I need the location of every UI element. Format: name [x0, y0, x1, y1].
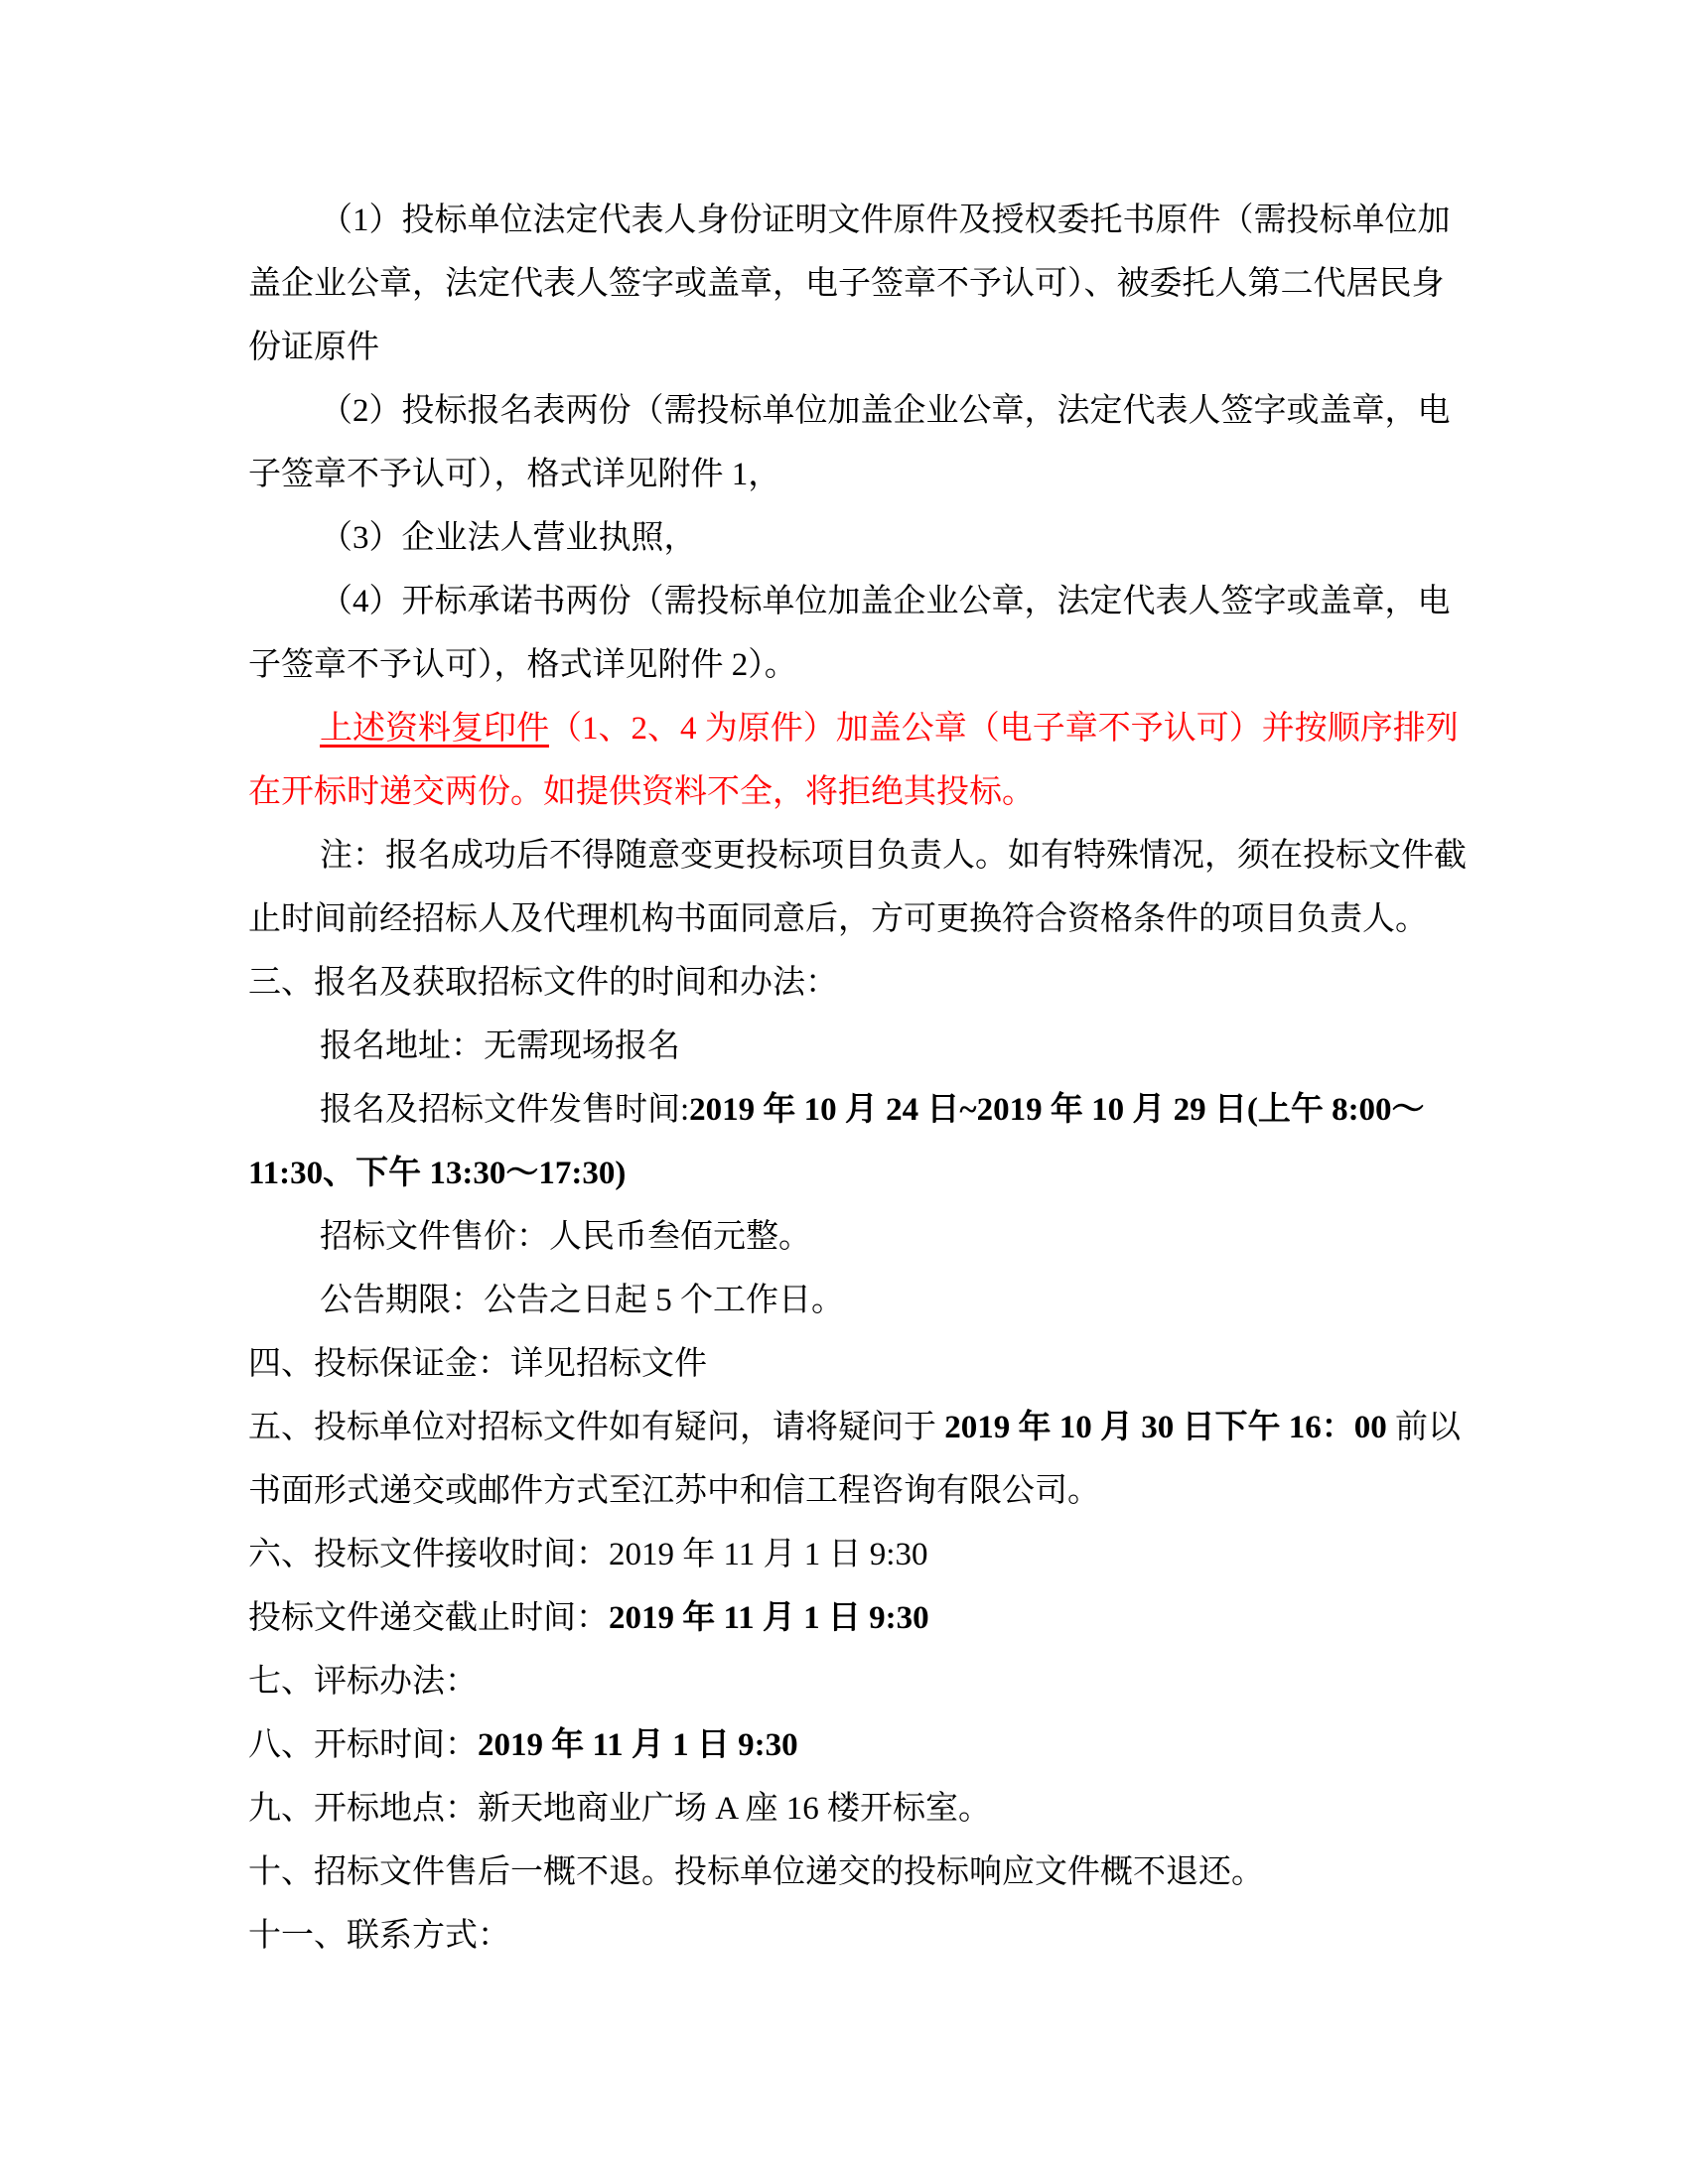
doc-line-4: （2）投标报名表两份（需投标单位加盖企业公章，法定代表人签字或盖章，电 [248, 379, 1455, 443]
doc-line-3-text: 份证原件 [248, 330, 379, 365]
section-heading-11-text: 十一、联系方式： [248, 1918, 510, 1954]
doc-line-4-text: （2）投标报名表两份（需投标单位加盖企业公章，法定代表人签字或盖章，电 [320, 393, 1451, 429]
doc-line-6: （3）企业法人营业执照， [248, 506, 1455, 570]
doc-line-15: 报名及招标文件发售时间:2019 年 10 月 24 日~2019 年 10 月… [248, 1078, 1455, 1142]
section-heading-7: 七、评标办法： [248, 1650, 1455, 1713]
doc-line-1: （1）投标单位法定代表人身份证明文件原件及授权委托书原件（需投标单位加 [248, 189, 1455, 252]
section-heading-10: 十、招标文件售后一概不退。投标单位递交的投标响应文件概不退还。 [248, 1841, 1455, 1904]
section-heading-8-date: 2019 年 11 月 1 日 9:30 [478, 1727, 798, 1763]
doc-line-11: 注：报名成功后不得随意变更投标项目负责人。如有特殊情况，须在投标文件截 [248, 824, 1455, 887]
section-heading-3: 三、报名及获取招标文件的时间和办法： [248, 951, 1455, 1015]
doc-line-3: 份证原件 [248, 316, 1455, 379]
doc-line-7-text: （4）开标承诺书两份（需投标单位加盖企业公章，法定代表人签字或盖章，电 [320, 584, 1451, 619]
doc-line-8: 子签章不予认可），格式详见附件 2）。 [248, 633, 1455, 697]
doc-line-6-text: （3）企业法人营业执照， [320, 520, 697, 556]
doc-line-12: 止时间前经招标人及代理机构书面同意后，方可更换符合资格条件的项目负责人。 [248, 887, 1455, 951]
section-heading-9-text: 九、开标地点：新天地商业广场 A 座 16 楼开标室。 [248, 1791, 991, 1827]
section-heading-7-text: 七、评标办法： [248, 1664, 478, 1700]
doc-line-16-time: 11:30、下午 13:30～17:30) [248, 1156, 626, 1191]
red-notice-line-2: 在开标时递交两份。如提供资料不全，将拒绝其投标。 [248, 760, 1455, 824]
section-heading-5-date: 2019 年 10 月 30 日下午 16：00 [944, 1410, 1395, 1445]
section-heading-5-tail: 前以 [1395, 1410, 1461, 1445]
doc-line-5: 子签章不予认可），格式详见附件 1， [248, 443, 1455, 506]
section-heading-5-text: 五、投标单位对招标文件如有疑问，请将疑问于 [248, 1410, 944, 1445]
doc-line-15-text: 报名及招标文件发售时间: [320, 1092, 689, 1128]
doc-line-17: 招标文件售价：人民币叁佰元整。 [248, 1205, 1455, 1269]
doc-line-2: 盖企业公章，法定代表人签字或盖章，电子签章不予认可）、被委托人第二代居民身 [248, 252, 1455, 316]
doc-line-7: （4）开标承诺书两份（需投标单位加盖企业公章，法定代表人签字或盖章，电 [248, 570, 1455, 633]
doc-line-14-text: 报名地址：无需现场报名 [320, 1028, 680, 1064]
doc-line-21-text: 书面形式递交或邮件方式至江苏中和信工程咨询有限公司。 [248, 1473, 1100, 1509]
doc-line-12-text: 止时间前经招标人及代理机构书面同意后，方可更换符合资格条件的项目负责人。 [248, 901, 1428, 937]
doc-line-17-text: 招标文件售价：人民币叁佰元整。 [320, 1219, 811, 1255]
doc-line-2-text: 盖企业公章，法定代表人签字或盖章，电子签章不予认可）、被委托人第二代居民身 [248, 266, 1445, 302]
section-heading-3-text: 三、报名及获取招标文件的时间和办法： [248, 965, 838, 1001]
section-heading-4: 四、投标保证金：详见招标文件 [248, 1332, 1455, 1396]
red-notice-line-1-text: （1、2、4 为原件）加盖公章（电子章不予认可）并按顺序排列 [549, 711, 1459, 747]
doc-line-5-text: 子签章不予认可），格式详见附件 1， [248, 457, 780, 492]
red-notice-line-1: 上述资料复印件（1、2、4 为原件）加盖公章（电子章不予认可）并按顺序排列 [248, 697, 1455, 760]
doc-line-23-text: 投标文件递交截止时间： [248, 1600, 609, 1636]
doc-line-18: 公告期限：公告之日起 5 个工作日。 [248, 1269, 1455, 1332]
section-heading-10-text: 十、招标文件售后一概不退。投标单位递交的投标响应文件概不退还。 [248, 1854, 1264, 1890]
doc-line-21: 书面形式递交或邮件方式至江苏中和信工程咨询有限公司。 [248, 1459, 1455, 1523]
doc-line-23-date: 2019 年 11 月 1 日 9:30 [609, 1600, 929, 1636]
doc-line-23: 投标文件递交截止时间：2019 年 11 月 1 日 9:30 [248, 1586, 1455, 1650]
section-heading-8-text: 八、开标时间： [248, 1727, 478, 1763]
section-heading-4-text: 四、投标保证金：详见招标文件 [248, 1346, 707, 1382]
doc-line-18-text: 公告期限：公告之日起 5 个工作日。 [320, 1283, 844, 1318]
doc-line-14: 报名地址：无需现场报名 [248, 1015, 1455, 1078]
red-notice-line-2-text: 在开标时递交两份。如提供资料不全，将拒绝其投标。 [248, 774, 1035, 810]
red-notice-underlined-text: 上述资料复印件 [320, 711, 549, 747]
document-body: （1）投标单位法定代表人身份证明文件原件及授权委托书原件（需投标单位加 盖企业公… [248, 189, 1455, 1968]
doc-line-16: 11:30、下午 13:30～17:30) [248, 1142, 1455, 1205]
section-heading-8: 八、开标时间：2019 年 11 月 1 日 9:30 [248, 1713, 1455, 1777]
doc-line-8-text: 子签章不予认可），格式详见附件 2）。 [248, 647, 797, 683]
doc-line-11-text: 注：报名成功后不得随意变更投标项目负责人。如有特殊情况，须在投标文件截 [320, 838, 1467, 874]
doc-line-1-text: （1）投标单位法定代表人身份证明文件原件及授权委托书原件（需投标单位加 [320, 203, 1451, 238]
section-heading-5: 五、投标单位对招标文件如有疑问，请将疑问于 2019 年 10 月 30 日下午… [248, 1396, 1455, 1459]
section-heading-6-text: 六、投标文件接收时间：2019 年 11 月 1 日 9:30 [248, 1537, 927, 1572]
doc-line-15-date: 2019 年 10 月 24 日~2019 年 10 月 29 日(上午 8:0… [689, 1092, 1424, 1128]
section-heading-11: 十一、联系方式： [248, 1904, 1455, 1968]
section-heading-6: 六、投标文件接收时间：2019 年 11 月 1 日 9:30 [248, 1523, 1455, 1586]
section-heading-9: 九、开标地点：新天地商业广场 A 座 16 楼开标室。 [248, 1777, 1455, 1841]
